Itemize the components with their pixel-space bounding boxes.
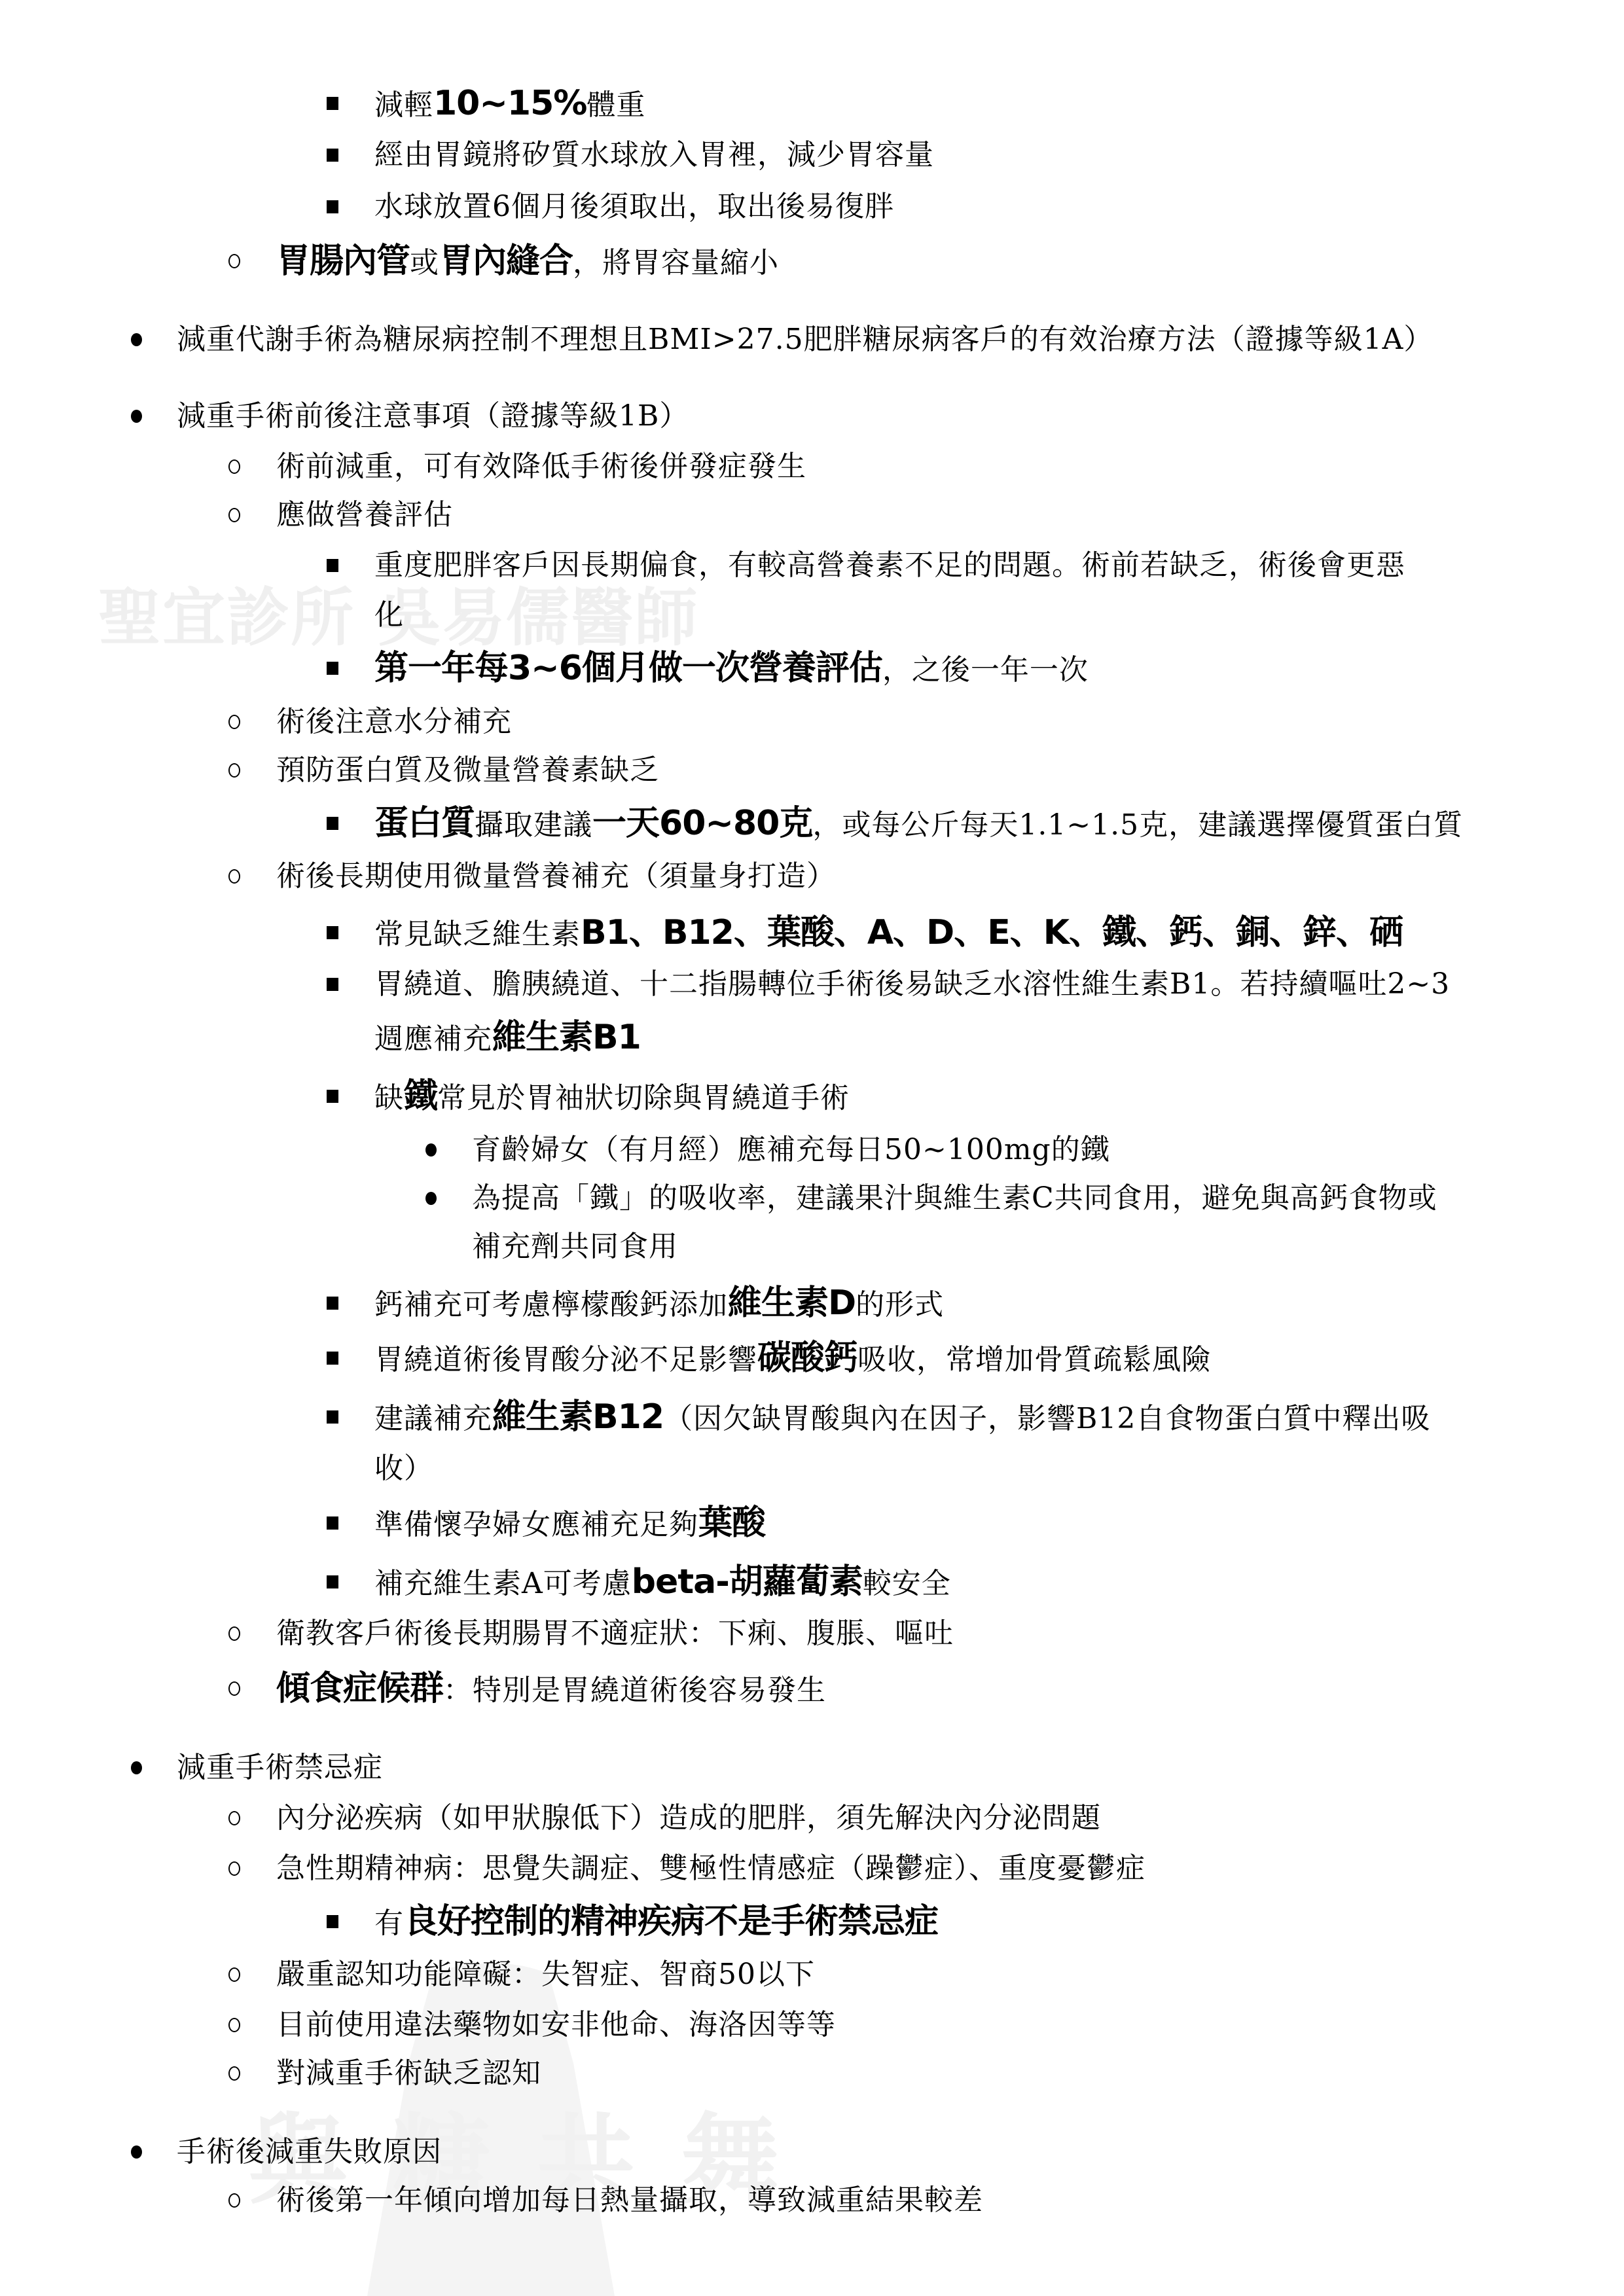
body-text: 化 <box>374 598 404 632</box>
emphasis-text: 10~15% <box>433 84 586 123</box>
list-item-text: 預防蛋白質及微量營養素缺乏 <box>276 747 659 793</box>
body-text: 急性期精神病：思覺失調症、雙極性情感症（躁鬱症）、重度憂鬱症 <box>276 1852 1146 1885</box>
list-item-text: 減重代謝手術為糖尿病控制不理想且BMI>27.5肥胖糖尿病客戶的有效治療方法（證… <box>177 317 1433 363</box>
square-bullet-icon <box>319 1073 346 1119</box>
emphasis-text: 碳酸鈣 <box>757 1338 857 1378</box>
circle-bullet-icon <box>221 853 247 899</box>
square-bullet-icon <box>319 1899 346 1945</box>
body-text: 有 <box>374 1907 404 1940</box>
body-text: 術後注意水分補充 <box>276 705 512 738</box>
body-text: 減重代謝手術為糖尿病控制不理想且BMI>27.5肥胖糖尿病客戶的有效治療方法（證… <box>177 323 1433 356</box>
body-text: 減輕 <box>374 88 433 122</box>
square-bullet-icon <box>319 184 346 230</box>
square-bullet-icon <box>319 800 346 846</box>
disc-bullet-icon <box>418 1175 444 1221</box>
list-item-text: 補充維生素A可考慮beta-胡蘿蔔素較安全 <box>374 1559 951 1605</box>
list-item-text: 手術後減重失敗原因 <box>177 2129 442 2175</box>
emphasis-text: 維生素D <box>728 1283 856 1323</box>
list-item-text: 術後第一年傾向增加每日熱量攝取，導致減重結果較差 <box>276 2178 983 2223</box>
body-text: 補充劑共同食用 <box>472 1230 678 1263</box>
body-text: 應做營養評估 <box>276 498 453 531</box>
body-text: 術後長期使用微量營養補充（須量身打造） <box>276 859 836 893</box>
list-item-text: 減重手術禁忌症 <box>177 1745 383 1791</box>
body-text: 為提高「鐵」的吸收率，建議果汁與維生素C共同食用，避免與高鈣食物或 <box>472 1181 1437 1215</box>
square-bullet-icon <box>319 961 346 1007</box>
list-item-text: 蛋白質攝取建議一天60~80克，或每公斤每天1.1~1.5克，建議選擇優質蛋白質 <box>374 800 1463 846</box>
emphasis-text: 維生素B1 <box>492 1018 641 1057</box>
body-text: 體重 <box>586 88 645 122</box>
body-text: 經由胃鏡將矽質水球放入胃裡，減少胃容量 <box>374 138 934 171</box>
body-text: 術後第一年傾向增加每日熱量攝取，導致減重結果較差 <box>276 2183 983 2217</box>
body-text: 術前減重，可有效降低手術後併發症發生 <box>276 450 806 483</box>
circle-bullet-icon <box>221 238 247 284</box>
body-text: 常見於胃袖狀切除與胃繞道手術 <box>437 1081 850 1115</box>
body-text: 對減重手術缺乏認知 <box>276 2056 541 2090</box>
body-text: 建議補充 <box>374 1402 492 1435</box>
square-bullet-icon <box>319 1335 346 1381</box>
square-bullet-icon <box>319 1500 346 1546</box>
list-item-text: 水球放置6個月後須取出，取出後易復胖 <box>374 184 894 230</box>
body-text: 重度肥胖客戶因長期偏食，有較高營養素不足的問題。術前若缺乏，術後會更惡 <box>374 548 1405 582</box>
emphasis-text: 一天60~80克 <box>592 804 812 843</box>
emphasis-text: 第一年每3~6個月做一次營養評估 <box>374 649 882 688</box>
list-item-text: 衛教客戶術後長期腸胃不適症狀：下痢、腹脹、嘔吐 <box>276 1611 954 1657</box>
body-text: 內分泌疾病（如甲狀腺低下）造成的肥胖，須先解決內分泌問題 <box>276 1801 1101 1835</box>
emphasis-text: 胃內縫合 <box>439 242 573 281</box>
circle-bullet-icon <box>221 2178 247 2223</box>
emphasis-text: 蛋白質 <box>374 804 475 843</box>
emphasis-text: 葉酸 <box>698 1503 765 1543</box>
circle-bullet-icon <box>221 747 247 793</box>
square-bullet-icon <box>319 81 346 126</box>
circle-bullet-icon <box>221 699 247 745</box>
list-item-text: 減重手術前後注意事項（證據等級1B） <box>177 393 689 439</box>
body-text: 常見缺乏維生素 <box>374 918 581 951</box>
body-text: ，或每公斤每天1.1~1.5克，建議選擇優質蛋白質 <box>812 808 1463 842</box>
circle-bullet-icon <box>221 1666 247 1712</box>
emphasis-text: 維生素B12 <box>492 1397 664 1437</box>
body-text: 胃繞道術後胃酸分泌不足影響 <box>374 1343 757 1376</box>
list-item-text: 胃繞道、膽胰繞道、十二指腸轉位手術後易缺乏水溶性維生素B1。若持續嘔吐2~3 <box>374 961 1450 1007</box>
list-item-text: 對減重手術缺乏認知 <box>276 2051 541 2096</box>
list-item-text: 急性期精神病：思覺失調症、雙極性情感症（躁鬱症）、重度憂鬱症 <box>276 1846 1146 1892</box>
list-item-text: 內分泌疾病（如甲狀腺低下）造成的肥胖，須先解決內分泌問題 <box>276 1795 1101 1841</box>
list-item-text: 鈣補充可考慮檸檬酸鈣添加維生素D的形式 <box>374 1280 944 1326</box>
body-text: ，將胃容量縮小 <box>573 246 779 279</box>
list-item-text: 目前使用違法藥物如安非他命、海洛因等等 <box>276 2002 836 2048</box>
emphasis-text: 傾食症候群 <box>276 1669 443 1708</box>
square-bullet-icon <box>319 910 346 956</box>
body-text: （因欠缺胃酸與內在因子，影響B12自食物蛋白質中釋出吸 <box>664 1402 1430 1435</box>
emphasis-text: 良好控制的精神疾病不是手術禁忌症 <box>404 1902 938 1941</box>
list-item-text: 為提高「鐵」的吸收率，建議果汁與維生素C共同食用，避免與高鈣食物或 <box>472 1175 1437 1221</box>
body-text: 手術後減重失敗原因 <box>177 2135 442 2168</box>
body-text: ，之後一年一次 <box>882 653 1089 687</box>
list-item-text: 嚴重認知功能障礙：失智症、智商50以下 <box>276 1952 815 1998</box>
list-item-text: 缺鐵常見於胃袖狀切除與胃繞道手術 <box>374 1073 850 1119</box>
list-item-text: 減輕10~15%體重 <box>374 81 645 126</box>
body-text: 減重手術前後注意事項（證據等級1B） <box>177 399 689 433</box>
disc-bullet-icon <box>123 1745 149 1791</box>
list-item-text: 常見缺乏維生素B1、B12、葉酸、A、D、E、K、鐵、鈣、銅、鋅、硒 <box>374 910 1403 956</box>
list-item-text: 有良好控制的精神疾病不是手術禁忌症 <box>374 1899 938 1945</box>
body-text: 預防蛋白質及微量營養素缺乏 <box>276 753 659 787</box>
body-text: 攝取建議 <box>475 808 592 842</box>
circle-bullet-icon <box>221 1795 247 1841</box>
body-text: 水球放置6個月後須取出，取出後易復胖 <box>374 190 894 223</box>
list-item-text: 化 <box>374 592 404 638</box>
circle-bullet-icon <box>221 2051 247 2096</box>
disc-bullet-icon <box>123 2129 149 2175</box>
list-item-text: 第一年每3~6個月做一次營養評估，之後一年一次 <box>374 645 1089 691</box>
list-item-text: 術前減重，可有效降低手術後併發症發生 <box>276 444 806 490</box>
list-item-text: 重度肥胖客戶因長期偏食，有較高營養素不足的問題。術前若缺乏，術後會更惡 <box>374 543 1405 588</box>
list-item-text: 建議補充維生素B12（因欠缺胃酸與內在因子，影響B12自食物蛋白質中釋出吸 <box>374 1394 1430 1440</box>
circle-bullet-icon <box>221 2002 247 2048</box>
body-text: 減重手術禁忌症 <box>177 1751 383 1784</box>
list-item-text: 育齡婦女（有月經）應補充每日50~100mg的鐵 <box>472 1127 1110 1173</box>
disc-bullet-icon <box>123 317 149 363</box>
circle-bullet-icon <box>221 444 247 490</box>
body-text: 育齡婦女（有月經）應補充每日50~100mg的鐵 <box>472 1133 1110 1166</box>
emphasis-text: 鐵 <box>404 1077 437 1116</box>
body-text: 吸收，常增加骨質疏鬆風險 <box>857 1343 1211 1376</box>
body-text: 或 <box>410 246 439 279</box>
square-bullet-icon <box>319 1394 346 1440</box>
disc-bullet-icon <box>418 1127 444 1173</box>
square-bullet-icon <box>319 645 346 691</box>
list-item-text: 經由胃鏡將矽質水球放入胃裡，減少胃容量 <box>374 132 934 178</box>
body-text: 衛教客戶術後長期腸胃不適症狀：下痢、腹脹、嘔吐 <box>276 1617 954 1650</box>
body-text: 收） <box>374 1452 433 1485</box>
body-text: 準備懷孕婦女應補充足夠 <box>374 1508 698 1541</box>
body-text: 的形式 <box>856 1288 944 1321</box>
list-item-text: 週應補充維生素B1 <box>374 1014 641 1060</box>
list-item-text: 術後長期使用微量營養補充（須量身打造） <box>276 853 836 899</box>
body-text: 補充維生素A可考慮 <box>374 1567 632 1600</box>
list-item-text: 傾食症候群：特別是胃繞道術後容易發生 <box>276 1666 826 1712</box>
emphasis-text: 胃腸內管 <box>276 242 410 281</box>
square-bullet-icon <box>319 1280 346 1326</box>
body-text: 嚴重認知功能障礙：失智症、智商50以下 <box>276 1958 815 1991</box>
list-item-text: 準備懷孕婦女應補充足夠葉酸 <box>374 1500 765 1546</box>
circle-bullet-icon <box>221 1952 247 1998</box>
body-text: 鈣補充可考慮檸檬酸鈣添加 <box>374 1288 728 1321</box>
body-text: 週應補充 <box>374 1022 492 1056</box>
emphasis-text: B1、B12、葉酸、A、D、E、K、鐵、鈣、銅、鋅、硒 <box>581 913 1403 952</box>
circle-bullet-icon <box>221 1611 247 1657</box>
list-item-text: 收） <box>374 1446 433 1492</box>
body-text: 缺 <box>374 1081 404 1115</box>
list-item-text: 補充劑共同食用 <box>472 1224 678 1270</box>
list-item-text: 胃繞道術後胃酸分泌不足影響碳酸鈣吸收，常增加骨質疏鬆風險 <box>374 1335 1211 1381</box>
disc-bullet-icon <box>123 393 149 439</box>
body-text: 胃繞道、膽胰繞道、十二指腸轉位手術後易缺乏水溶性維生素B1。若持續嘔吐2~3 <box>374 967 1450 1001</box>
square-bullet-icon <box>319 132 346 178</box>
emphasis-text: beta-胡蘿蔔素 <box>632 1562 863 1602</box>
square-bullet-icon <box>319 1559 346 1605</box>
square-bullet-icon <box>319 543 346 588</box>
body-text: 目前使用違法藥物如安非他命、海洛因等等 <box>276 2008 836 2041</box>
list-item-text: 胃腸內管或胃內縫合，將胃容量縮小 <box>276 238 779 284</box>
body-text: ：特別是胃繞道術後容易發生 <box>443 1674 826 1707</box>
list-item-text: 應做營養評估 <box>276 492 453 538</box>
circle-bullet-icon <box>221 492 247 538</box>
circle-bullet-icon <box>221 1846 247 1892</box>
body-text: 較安全 <box>863 1567 951 1600</box>
list-item-text: 術後注意水分補充 <box>276 699 512 745</box>
